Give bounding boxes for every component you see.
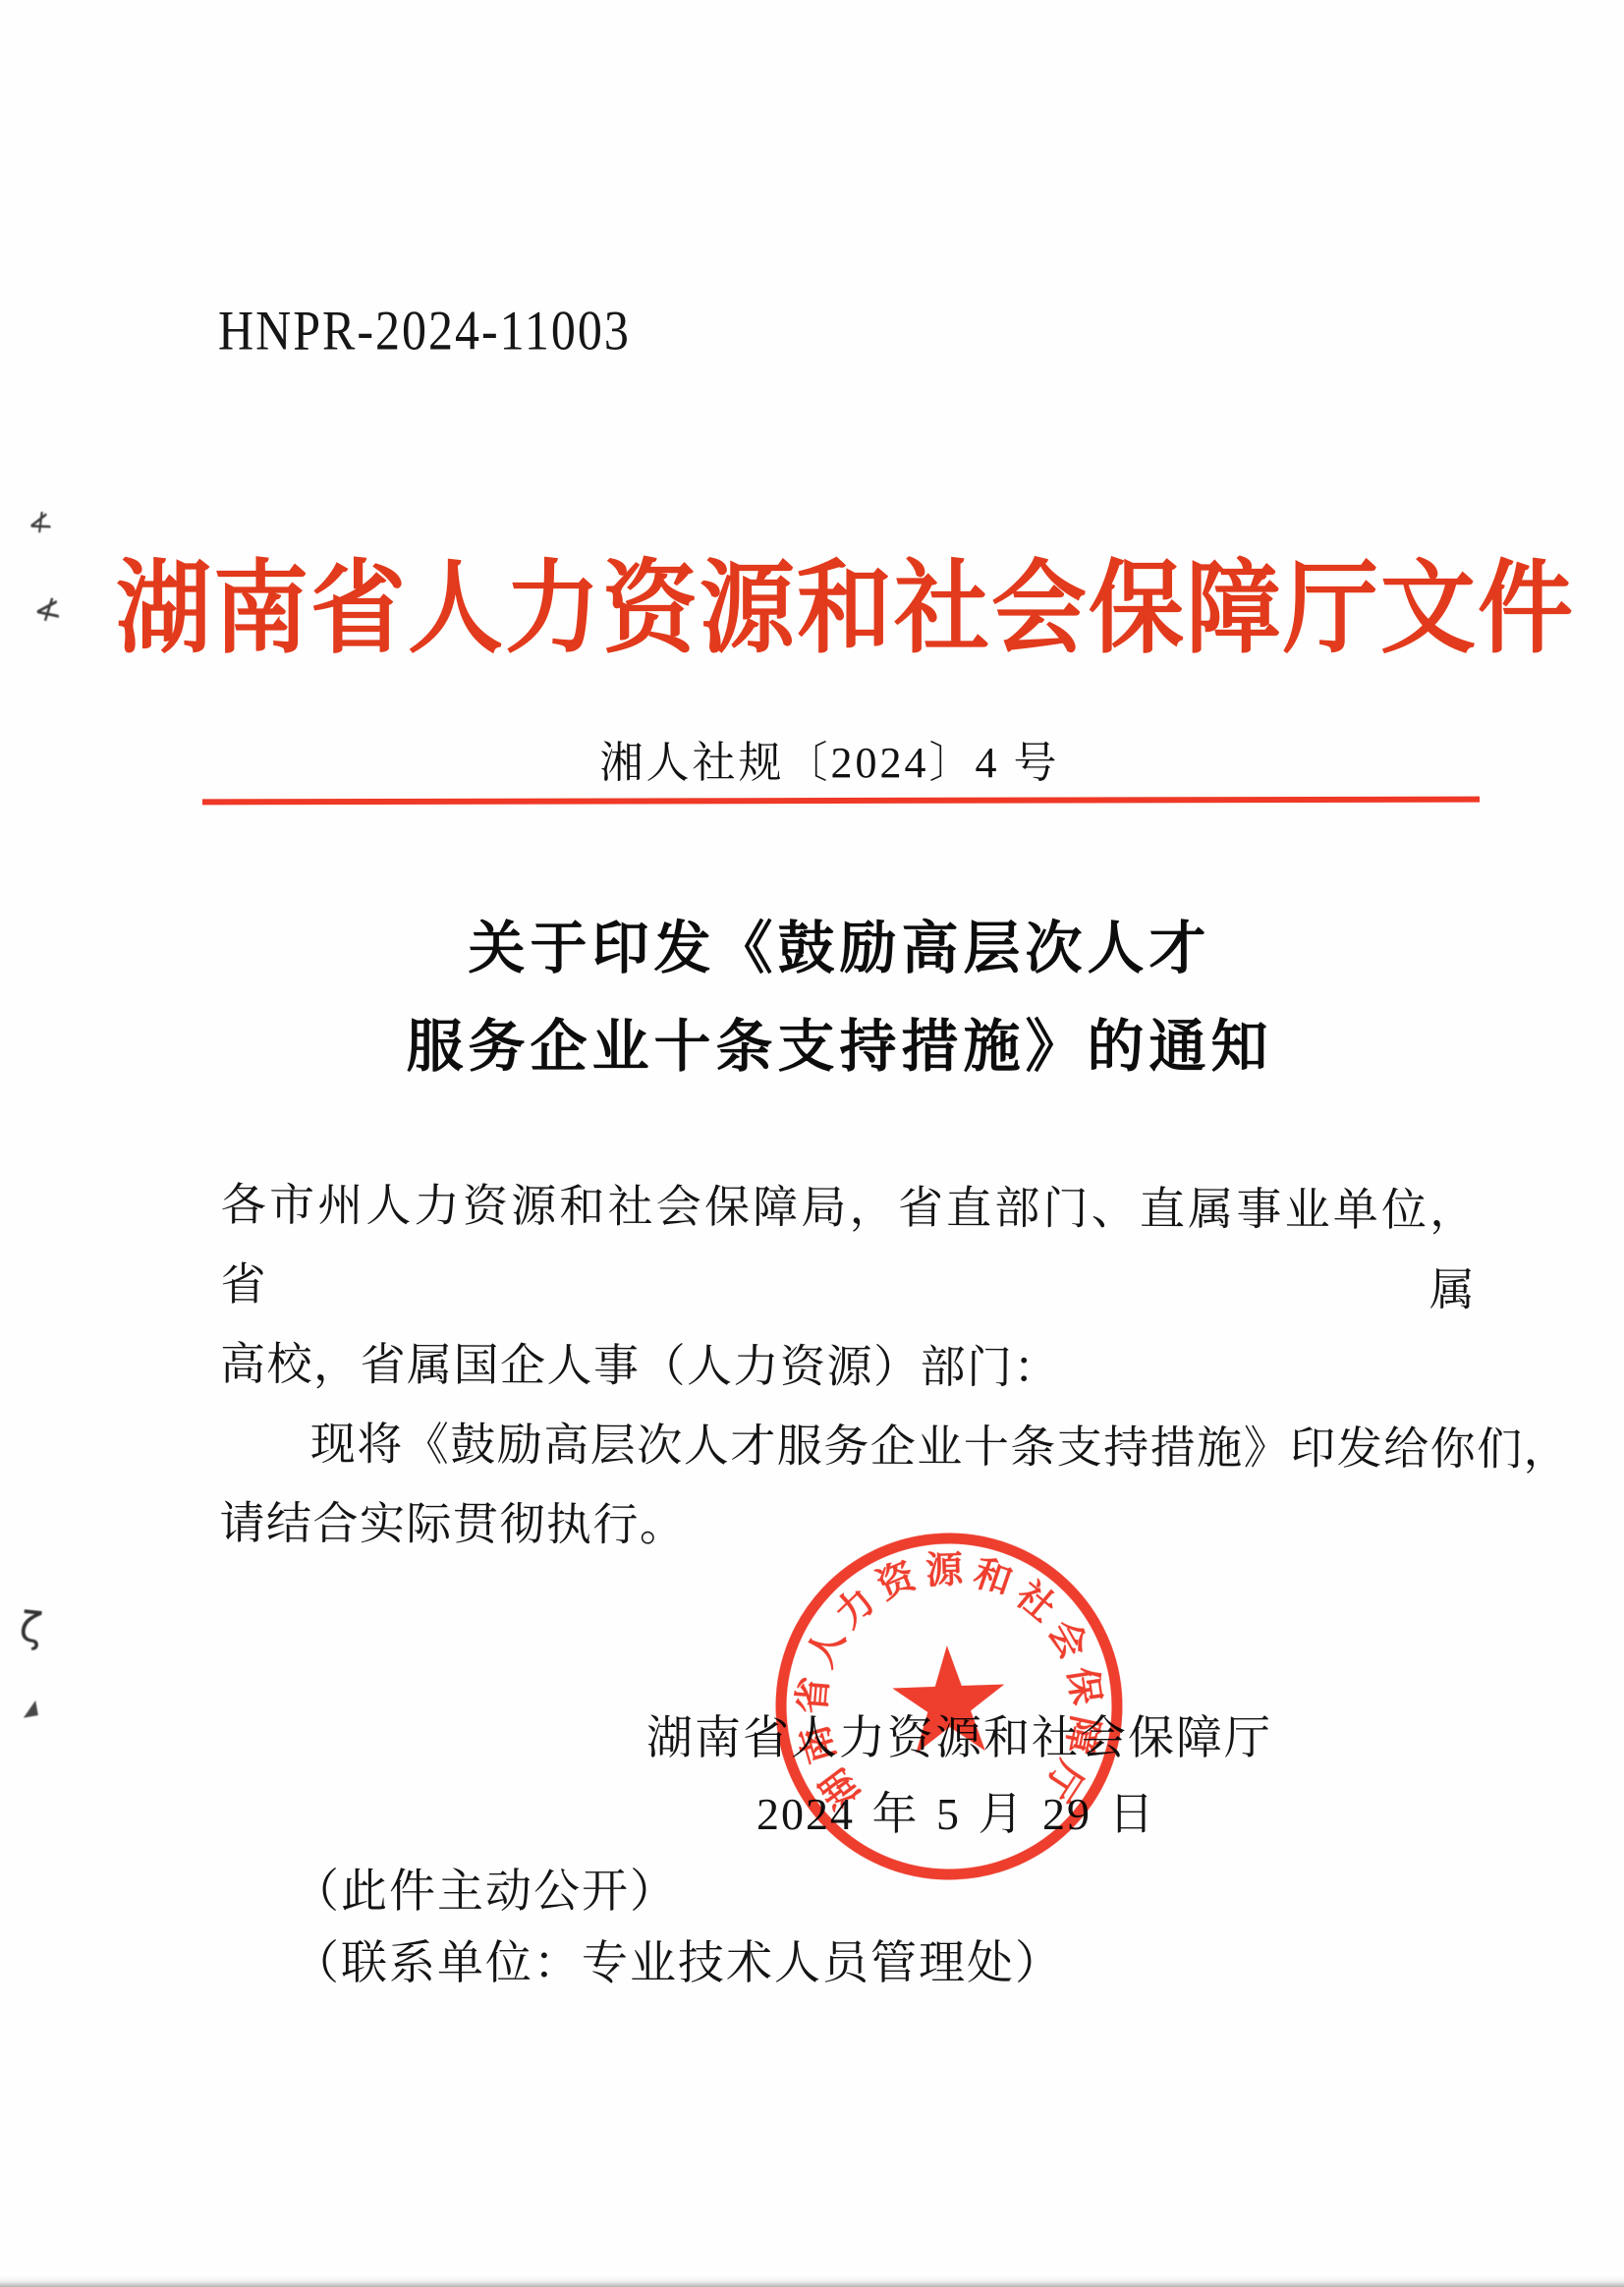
svg-text:南: 南 <box>794 1720 844 1767</box>
subject-line-1: 关于印发《鼓励高层次人才 <box>28 900 1624 998</box>
svg-text:人: 人 <box>800 1622 853 1673</box>
svg-text:保: 保 <box>1060 1664 1106 1707</box>
document-subject-title: 关于印发《鼓励高层次人才 服务企业十条支持措施》的通知 <box>28 900 1624 1096</box>
body-paragraph1-line1: 各市州人力资源和社会保障局，省直部门、直属事业单位，省属 <box>220 1165 1477 1330</box>
svg-text:资: 资 <box>871 1555 923 1608</box>
svg-text:厅: 厅 <box>1036 1754 1091 1808</box>
document-page: HNPR-2024-11003 湖南省人力资源和社会保障厅文件 湘人社规〔202… <box>0 0 1624 2287</box>
scan-artifact: ≮ <box>24 506 56 541</box>
subject-line-2: 服务企业十条支持措施》的通知 <box>28 998 1624 1096</box>
seal-star-icon <box>891 1644 1007 1754</box>
scan-artifact: ζ <box>18 1606 44 1649</box>
svg-text:源: 源 <box>924 1549 964 1591</box>
body-paragraph2-line1: 现将《鼓励高层次人才服务企业十条支持措施》印发给你们， <box>220 1404 1476 1489</box>
reference-number: 湘人社规〔2024〕4 号 <box>18 727 1624 790</box>
official-seal-stamp: 湖南省人力资源和社会保障厅 <box>759 1517 1140 1897</box>
body-paragraph1-line2: 高校，省属国企人事（人力资源）部门： <box>220 1324 1476 1410</box>
scan-bottom-edge <box>0 2276 1624 2287</box>
svg-text:和: 和 <box>969 1552 1018 1603</box>
document-code: HNPR-2024-11003 <box>218 298 631 363</box>
red-divider-rule <box>202 797 1480 806</box>
scan-artifact: ≮ <box>31 591 64 629</box>
scan-artifact: ◢ <box>20 1697 38 1718</box>
svg-text:会: 会 <box>1039 1613 1093 1666</box>
disclosure-note: （此件主动公开） <box>293 1855 678 1921</box>
svg-text:省: 省 <box>792 1675 836 1715</box>
svg-text:障: 障 <box>1057 1712 1105 1757</box>
document-body: 各市州人力资源和社会保障局，省直部门、直属事业单位，省属 高校，省属国企人事（人… <box>219 1165 1477 1569</box>
issuing-agency-banner: 湖南省人力资源和社会保障厅文件 <box>33 527 1624 672</box>
contact-unit-note: （联系单位：专业技术人员管理处） <box>293 1926 1063 1992</box>
